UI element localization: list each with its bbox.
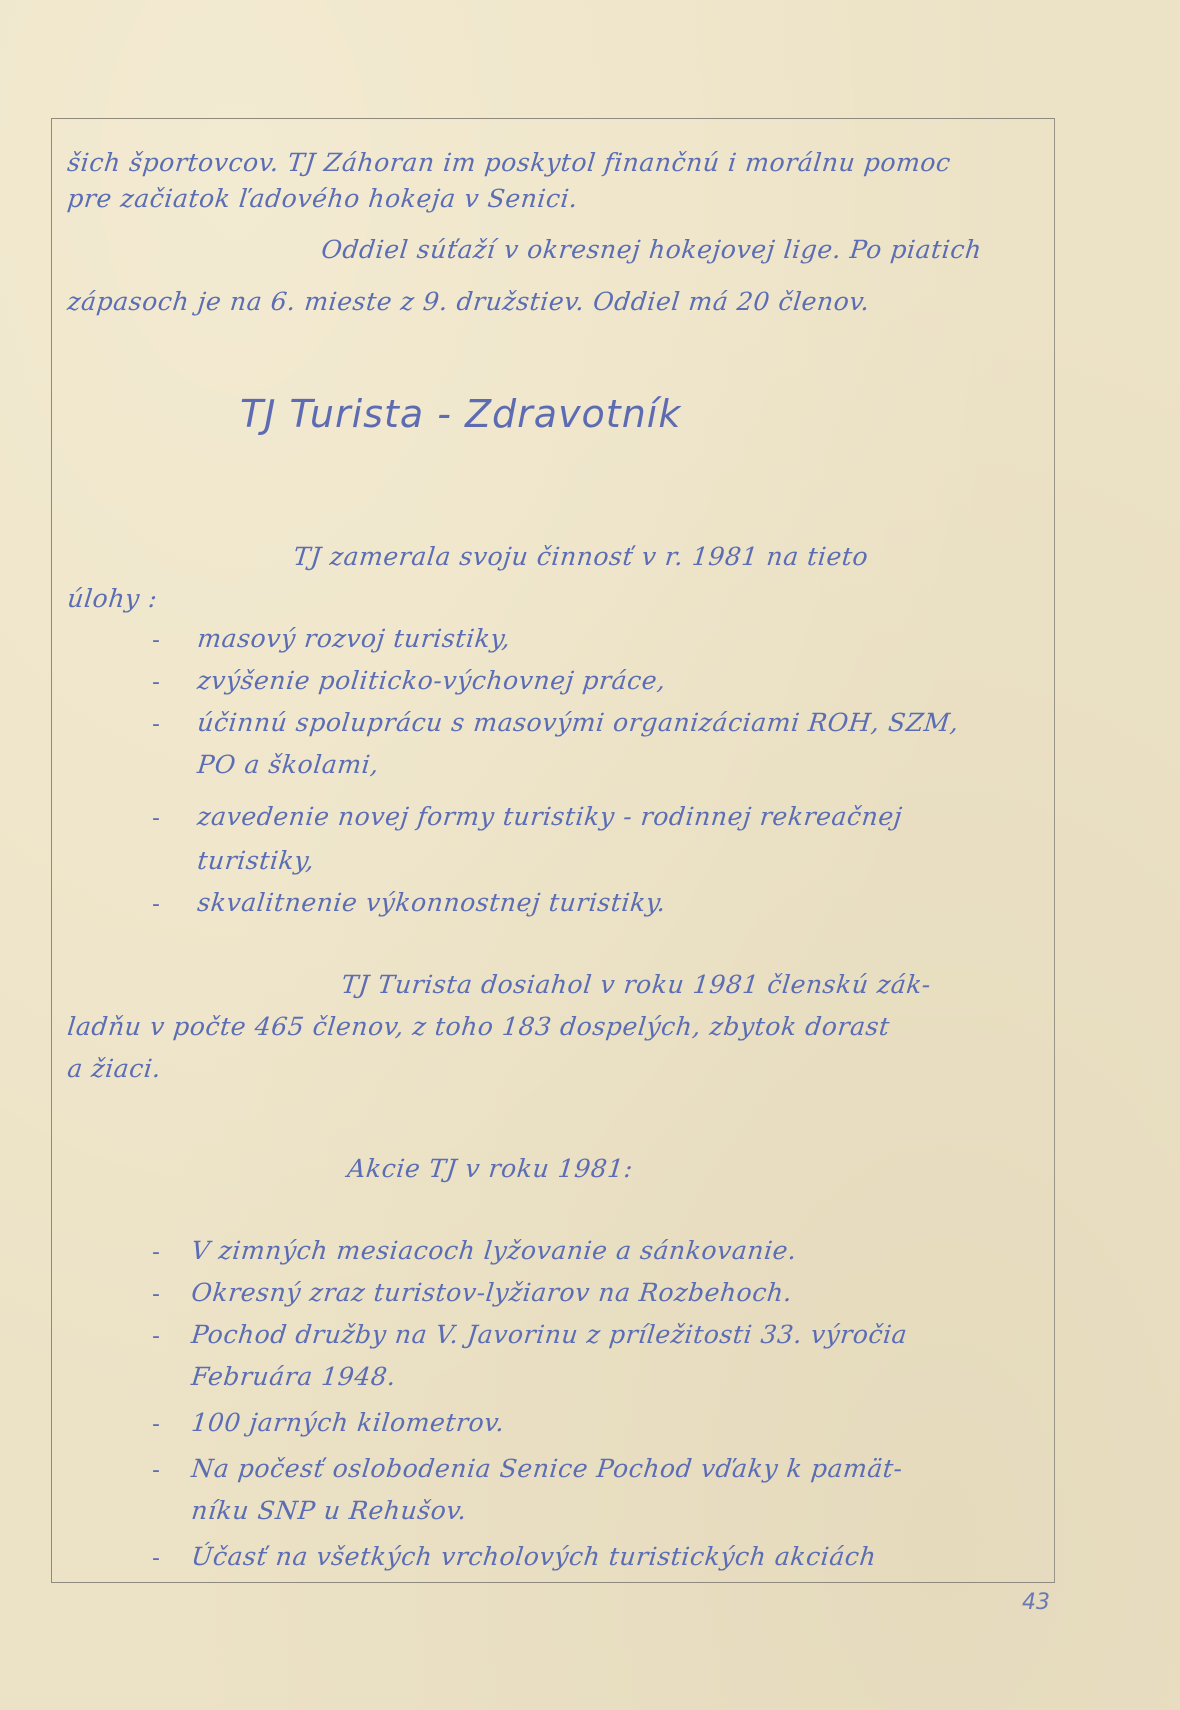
text-line: úlohy :: [66, 584, 159, 613]
list-bullet-dash: -: [152, 1546, 160, 1571]
list-bullet-dash: -: [152, 670, 160, 695]
text-line: Oddiel súťaží v okresnej hokejovej lige.…: [320, 235, 983, 264]
list-bullet-dash: -: [152, 1412, 160, 1437]
section-title: TJ Turista - Zdravotník: [240, 392, 681, 436]
page-number: 43: [1022, 1590, 1050, 1615]
text-line: zápasoch je na 6. mieste z 9. družstiev.…: [66, 287, 871, 316]
list-item: Pochod družby na V. Javorinu z príležito…: [190, 1320, 909, 1349]
text-line: TJ Turista dosiahol v roku 1981 členskú …: [340, 970, 932, 999]
list-bullet-dash: -: [152, 628, 160, 653]
list-item-continuation: turistiky,: [196, 846, 316, 875]
list-item: masový rozvoj turistiky,: [196, 624, 512, 653]
list-item: Na počesť oslobodenia Senice Pochod vďak…: [190, 1454, 904, 1483]
list-item: Účasť na všetkých vrcholových turistický…: [190, 1542, 878, 1571]
list-bullet-dash: -: [152, 1240, 160, 1265]
list-bullet-dash: -: [152, 1324, 160, 1349]
list-item: 100 jarných kilometrov.: [190, 1408, 506, 1437]
list-bullet-dash: -: [152, 712, 160, 737]
text-line: TJ zamerala svoju činnosť v r. 1981 na t…: [292, 542, 870, 571]
list-bullet-dash: -: [152, 892, 160, 917]
list-item: Okresný zraz turistov-lyžiarov na Rozbeh…: [190, 1278, 794, 1307]
list-item: V zimných mesiacoch lyžovanie a sánkovan…: [190, 1236, 798, 1265]
list-item: zavedenie novej formy turistiky - rodinn…: [196, 802, 904, 831]
list-bullet-dash: -: [152, 1458, 160, 1483]
list-item-continuation: níku SNP u Rehušov.: [190, 1496, 468, 1525]
list-item: účinnú spoluprácu s masovými organizácia…: [196, 708, 960, 737]
subsection-heading: Akcie TJ v roku 1981:: [346, 1154, 635, 1183]
list-bullet-dash: -: [152, 806, 160, 831]
list-item-continuation: PO a školami,: [196, 750, 381, 779]
list-item-continuation: Februára 1948.: [190, 1362, 398, 1391]
text-line: ladňu v počte 465 členov, z toho 183 dos…: [66, 1012, 891, 1041]
text-line: šich športovcov. TJ Záhoran im poskytol …: [66, 148, 952, 177]
text-line: pre začiatok ľadového hokeja v Senici.: [66, 184, 579, 213]
text-line: a žiaci.: [66, 1054, 163, 1083]
list-item: skvalitnenie výkonnostnej turistiky.: [196, 888, 667, 917]
list-item: zvýšenie politicko-výchovnej práce,: [196, 666, 667, 695]
list-bullet-dash: -: [152, 1282, 160, 1307]
